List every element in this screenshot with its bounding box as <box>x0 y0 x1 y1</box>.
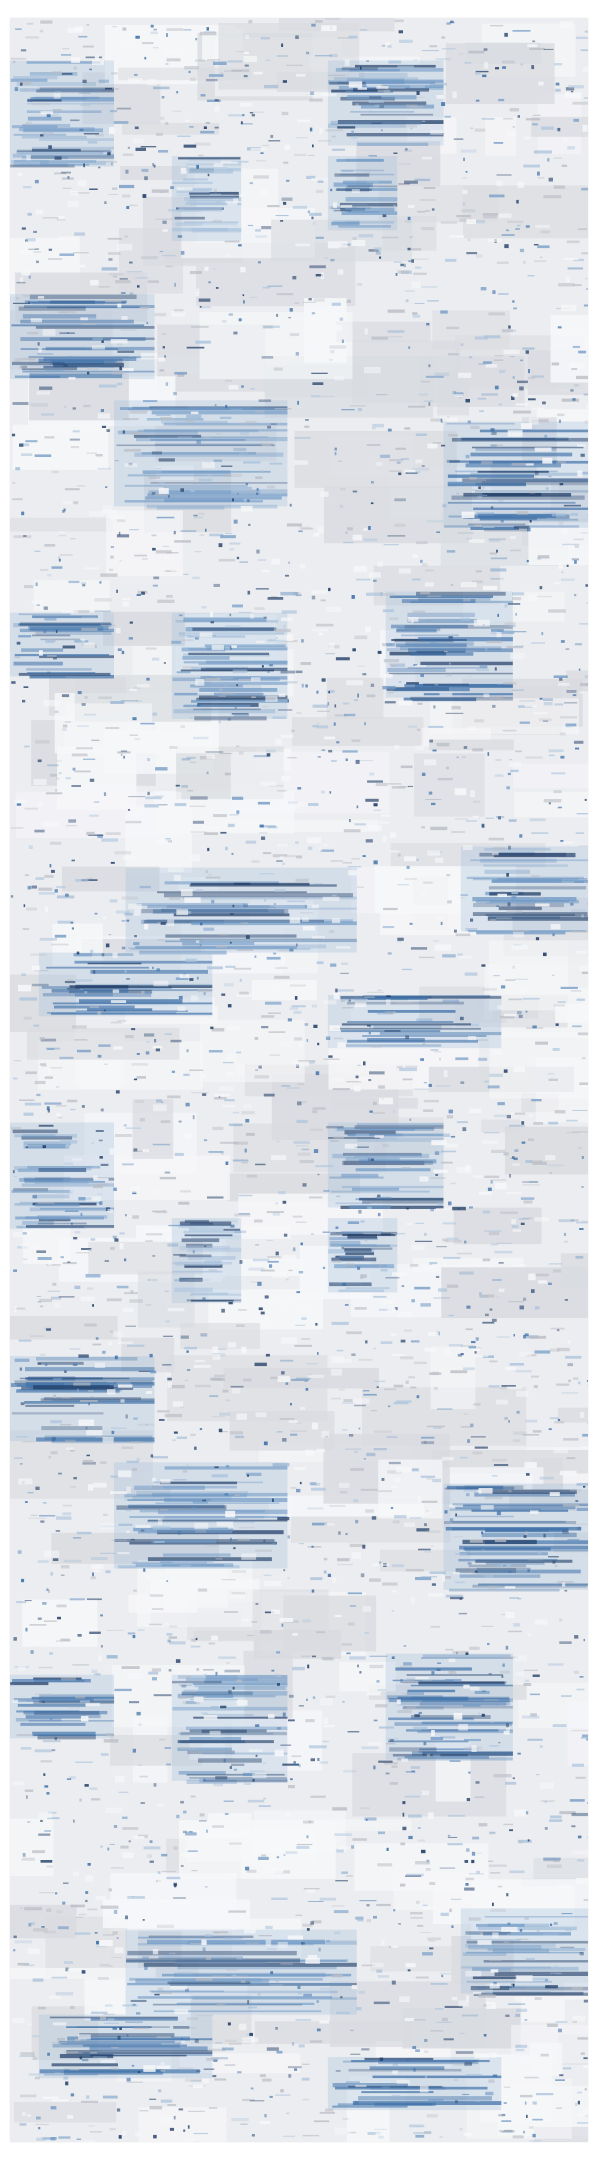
rug-pattern <box>10 18 588 2142</box>
rug-image <box>10 18 588 2142</box>
